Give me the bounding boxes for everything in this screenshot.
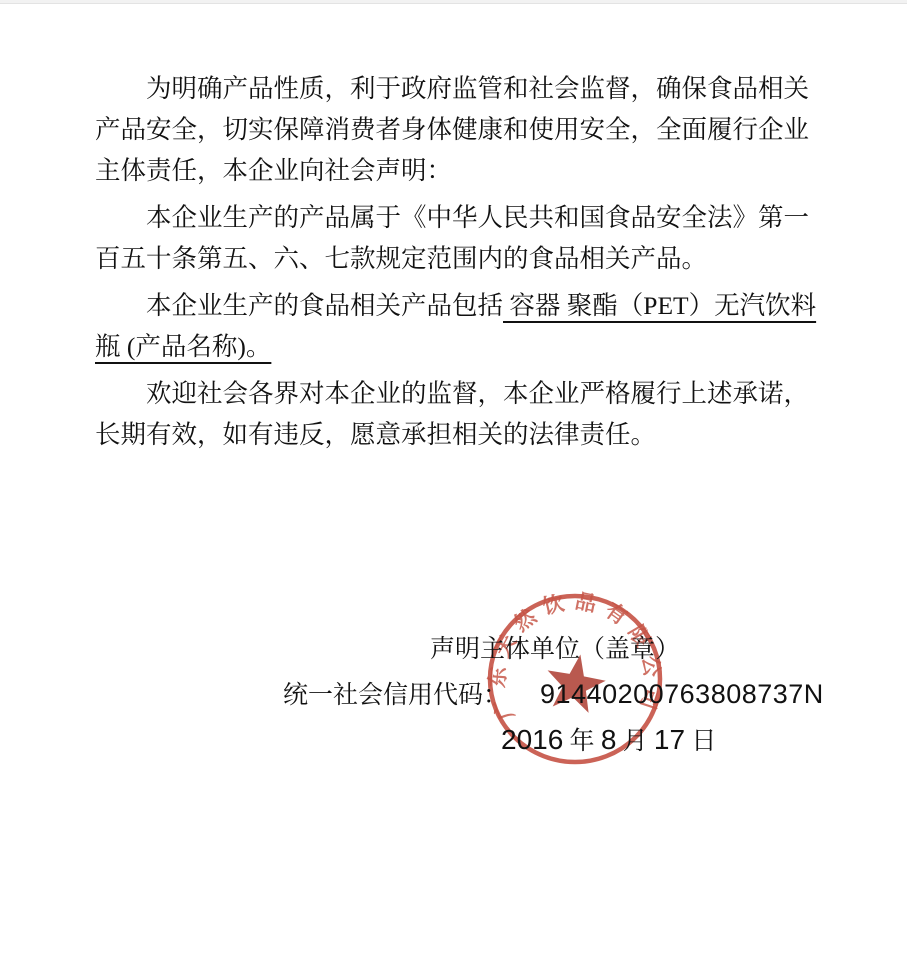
page-top-edge	[0, 0, 907, 4]
declaration-body: 为明确产品性质，利于政府监管和社会监督，确保食品相关产品安全，切实保障消费者身体…	[95, 68, 819, 461]
paragraph-law-scope: 本企业生产的产品属于《中华人民共和国食品安全法》第一百五十条第五、六、七款规定范…	[95, 197, 819, 279]
paragraph-commitment: 欢迎社会各界对本企业的监督，本企业严格履行上述承诺，长期有效，如有违反，愿意承担…	[95, 373, 819, 455]
signature-unit-line: 声明主体单位（盖章）	[430, 629, 680, 665]
date-day: 17	[654, 724, 685, 755]
date-year-unit: 年	[570, 728, 595, 755]
credit-code-value: 91440200763808737N	[540, 679, 824, 709]
credit-code-line: 统一社会信用代码：91440200763808737N	[283, 675, 824, 711]
date-year: 2016	[501, 724, 563, 755]
credit-code-label: 统一社会信用代码：	[283, 682, 508, 709]
date-month-unit: 月	[623, 728, 648, 755]
date-day-unit: 日	[691, 728, 716, 755]
paragraph-product: 本企业生产的食品相关产品包括 容器 聚酯（PET）无汽饮料瓶 (产品名称)。	[95, 285, 819, 367]
paragraph-product-prefix: 本企业生产的食品相关产品包括	[146, 291, 503, 320]
paragraph-intro: 为明确产品性质，利于政府监管和社会监督，确保食品相关产品安全，切实保障消费者身体…	[95, 68, 819, 191]
date-line: 2016 年 8 月 17 日	[501, 721, 716, 757]
document-page: 为明确产品性质，利于政府监管和社会监督，确保食品相关产品安全，切实保障消费者身体…	[0, 0, 907, 954]
date-month: 8	[601, 724, 617, 755]
